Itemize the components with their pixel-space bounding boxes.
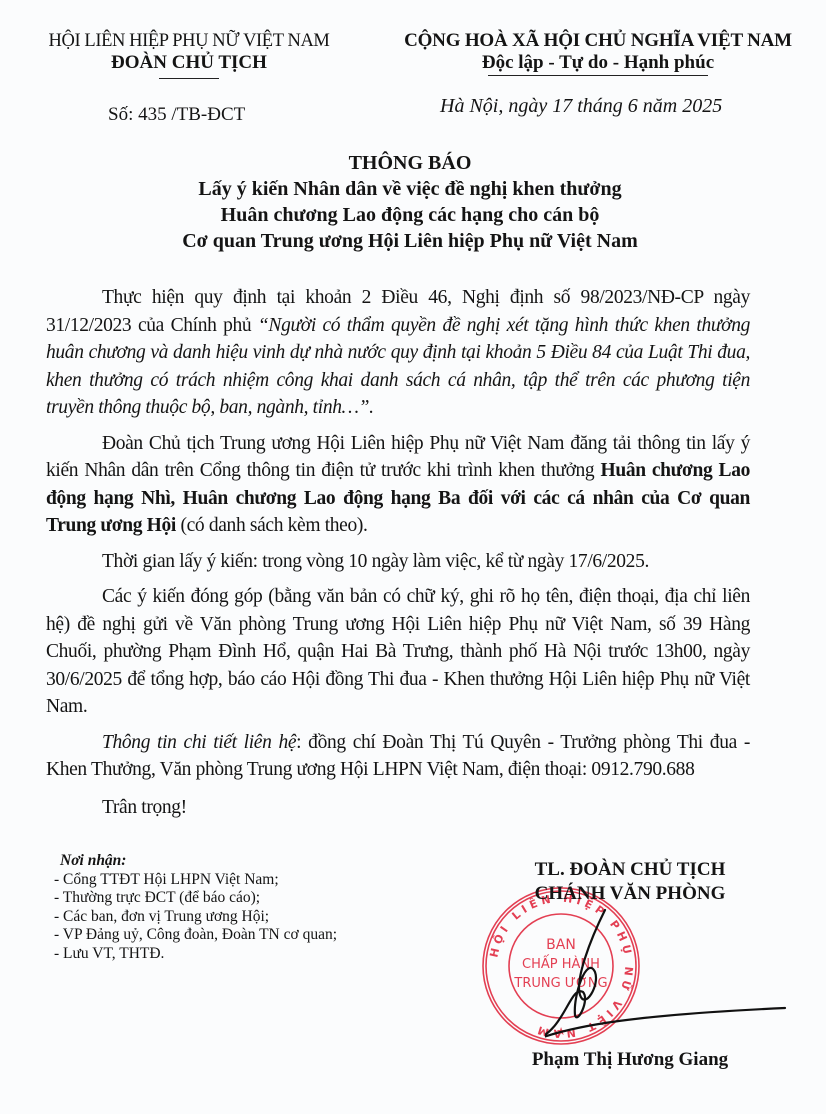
signer-name: Phạm Thị Hương Giang: [500, 1049, 760, 1071]
organization-name: HỘI LIÊN HIỆP PHỤ NỮ VIỆT NAM: [30, 30, 348, 52]
place-date: Hà Nội, ngày 17 tháng 6 năm 2025: [440, 95, 722, 118]
header-divider: [159, 78, 219, 79]
contact-label: Thông tin chi tiết liên hệ: [102, 732, 296, 753]
signing-authority: TL. ĐOÀN CHỦ TỊCH: [500, 858, 760, 882]
issuing-agency-header: HỘI LIÊN HIỆP PHỤ NỮ VIỆT NAM ĐOÀN CHỦ T…: [30, 30, 348, 79]
paragraph-legal-basis: Thực hiện quy định tại khoản 2 Điều 46, …: [46, 284, 750, 422]
document-type: THÔNG BÁO: [100, 150, 720, 176]
paragraph-timeframe: Thời gian lấy ý kiến: trong vòng 10 ngày…: [46, 548, 750, 576]
paragraph-contact: Thông tin chi tiết liên hệ: đồng chí Đoà…: [46, 729, 750, 784]
handwritten-signature-icon: [545, 900, 790, 1060]
recipients-heading: Nơi nhận:: [54, 852, 337, 871]
motto-divider: [488, 75, 708, 76]
title-line: Lấy ý kiến Nhân dân về việc đề nghị khen…: [100, 176, 720, 202]
recipient-item: - Cổng TTĐT Hội LHPN Việt Nam;: [54, 871, 337, 890]
paragraph-announcement: Đoàn Chủ tịch Trung ương Hội Liên hiệp P…: [46, 430, 750, 540]
closing: Trân trọng!: [46, 794, 750, 822]
title-line: Cơ quan Trung ương Hội Liên hiệp Phụ nữ …: [100, 228, 720, 254]
recipient-item: - Thường trực ĐCT (để báo cáo);: [54, 889, 337, 908]
recipient-item: - Các ban, đơn vị Trung ương Hội;: [54, 908, 337, 927]
recipient-item: - Lưu VT, THTĐ.: [54, 945, 337, 964]
paragraph-submission: Các ý kiến đóng góp (bằng văn bản có chữ…: [46, 583, 750, 721]
national-header: CỘNG HOÀ XÃ HỘI CHỦ NGHĨA VIỆT NAM Độc l…: [388, 30, 808, 76]
signature-block: TL. ĐOÀN CHỦ TỊCH CHÁNH VĂN PHÒNG: [500, 858, 760, 906]
recipients-list: Nơi nhận: - Cổng TTĐT Hội LHPN Việt Nam;…: [54, 852, 337, 963]
nation-name: CỘNG HOÀ XÃ HỘI CHỦ NGHĨA VIỆT NAM: [388, 30, 808, 52]
recipient-item: - VP Đảng uỷ, Công đoàn, Đoàn TN cơ quan…: [54, 926, 337, 945]
attachment-note: (có danh sách kèm theo).: [176, 515, 368, 536]
national-motto: Độc lập - Tự do - Hạnh phúc: [388, 52, 808, 74]
document-title: THÔNG BÁO Lấy ý kiến Nhân dân về việc đề…: [100, 150, 720, 254]
document-number: Số: 435 /TB-ĐCT: [108, 104, 245, 126]
title-line: Huân chương Lao động các hạng cho cán bộ: [100, 202, 720, 228]
issuing-body: ĐOÀN CHỦ TỊCH: [30, 52, 348, 74]
document-body: Thực hiện quy định tại khoản 2 Điều 46, …: [46, 284, 750, 829]
